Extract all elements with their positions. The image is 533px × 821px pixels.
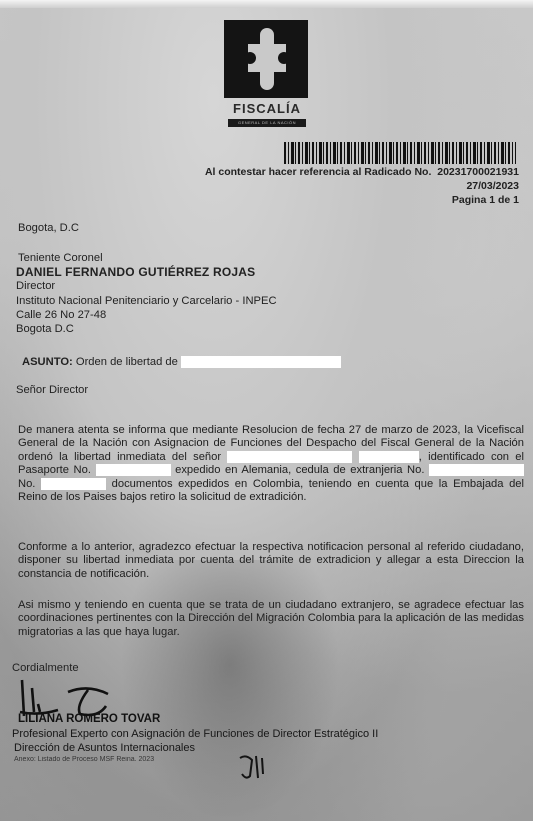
initials-mark-icon: [236, 752, 268, 782]
recipient-position: Director: [16, 280, 55, 292]
p1-part-c: expedido en Alemania, cedula de extranje…: [175, 464, 424, 476]
scanned-letter: FISCALÍA GENERAL DE LA NACIÓN Al contest…: [0, 0, 533, 821]
reference-label: Al contestar hacer referencia al Radicad…: [205, 166, 431, 178]
paper-edge: [0, 0, 533, 8]
signer-name: LILIANA ROMERO TOVAR: [18, 713, 160, 725]
paragraph-notification: Conforme a lo anterior, agradezco efectu…: [18, 541, 524, 581]
signer-title: Profesional Experto con Asignación de Fu…: [12, 728, 378, 740]
reference-line: Al contestar hacer referencia al Radicad…: [205, 166, 519, 178]
logo-name: FISCALÍA: [222, 101, 312, 116]
logo-subtitle: GENERAL DE LA NACIÓN: [228, 119, 306, 127]
redacted-cedula: [429, 464, 524, 476]
recipient-rank: Teniente Coronel: [18, 252, 103, 264]
radicado-number: 20231700021931: [437, 166, 519, 178]
place: Bogota, D.C: [18, 222, 79, 234]
recipient-institution: Instituto Nacional Penitenciario y Carce…: [16, 295, 277, 307]
redacted-doc-number: [41, 478, 106, 490]
redacted-person-surname: [359, 451, 419, 463]
signer-department: Dirección de Asuntos Internacionales: [14, 742, 195, 754]
salutation: Señor Director: [16, 384, 88, 396]
signer-annex: Anexo: Listado de Proceso MSF Reina. 202…: [14, 756, 154, 763]
document-date: 27/03/2023: [466, 180, 519, 192]
recipient-city: Bogota D.C: [16, 323, 74, 335]
recipient-address: Calle 26 No 27-48: [16, 309, 106, 321]
paragraph-resolution: De manera atenta se informa que mediante…: [18, 424, 524, 504]
subject-text: Orden de libertad de: [76, 356, 178, 368]
redacted-person-name: [227, 451, 352, 463]
page-info: Pagina 1 de 1: [452, 194, 519, 206]
recipient-name: DANIEL FERNANDO GUTIÉRREZ ROJAS: [16, 265, 255, 279]
p1-part-d: No.: [18, 478, 35, 490]
fiscalia-puzzle-logo-icon: [224, 20, 308, 98]
redacted-passport: [96, 464, 171, 476]
subject-line: ASUNTO: Orden de libertad de: [22, 356, 341, 368]
closing: Cordialmente: [12, 662, 79, 674]
subject-label: ASUNTO:: [22, 356, 73, 368]
barcode-icon: [284, 142, 516, 164]
redacted-name: [181, 356, 341, 368]
paragraph-migration: Asi mismo y teniendo en cuenta que se tr…: [18, 599, 524, 639]
